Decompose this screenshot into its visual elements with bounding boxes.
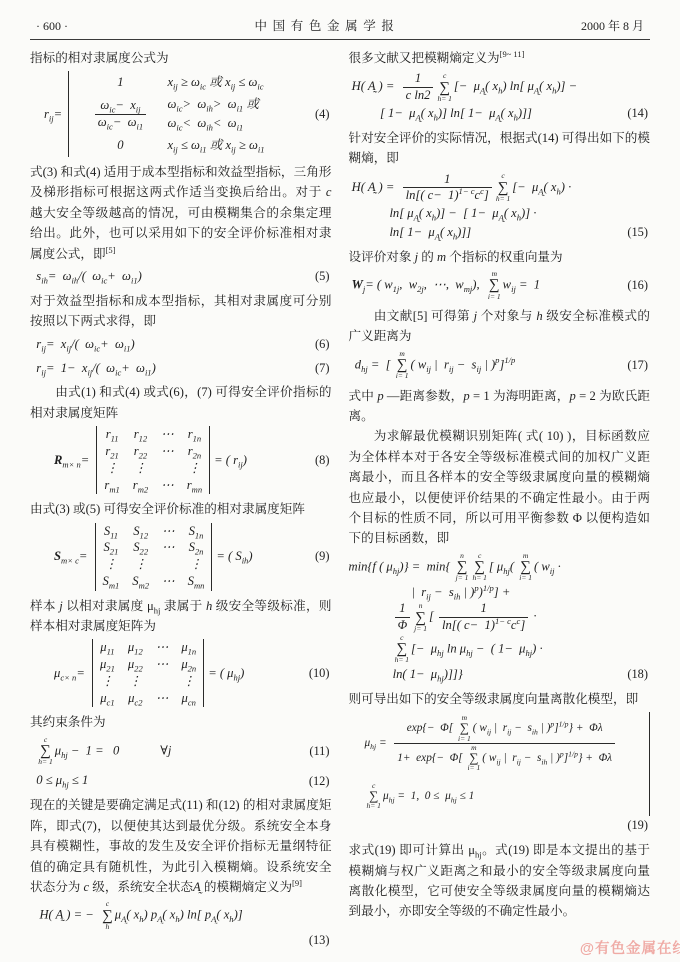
paragraph: 则可导出如下的安全等级隶属度向量离散化模型，即 [349,689,651,709]
summation: n∑j= 1 [456,552,469,583]
matrix-cell: μc2 [128,691,142,707]
formula-number: (9) [315,547,331,566]
formula-line: ln[ μA̰( xh)] − [ 1− μA̰( xh)] · [349,204,651,223]
formula-number: (8) [315,451,331,470]
paragraph: 由文献[5] 可得第 j 个对象与 h 级安全标准模式的广义距离为 [349,306,651,347]
formula-line: μhj = exp{− Φ[ m∑i= 1( wij | rij − sih |… [365,714,644,773]
matrix-equation: Sm× c= S11S12⋯S1nS21S22⋯S2n⋮⋮⋮Sm1Sm2⋯Smn… [30,523,332,591]
formula-text: rij= xij/( ωic+ ωi1) [30,335,135,354]
formula-block: sih= ωih/( ωic+ ωi1)(5) [30,267,332,286]
matrix-cell: ⋯ [162,574,175,590]
matrix-cell: r21 [105,444,118,460]
matrix-cell: ⋮ [101,674,114,690]
formula-text: c∑h= 1μhj = 1, 0 ≤ μhj ≤ 1 [365,782,475,811]
formula-text: dhj = [ m∑i= 1( wij | rij − sij | )p]1/p [349,350,516,381]
formula-line: (13) [30,931,332,950]
piecewise-row: ωic− xijωic− ωi1ωic> ωih> ωi1 或ωic< ωih<… [77,95,264,133]
matrix-lhs: μc× n= [54,664,88,683]
fraction: exp{− Φ[ m∑i= 1( wij | rij − sih | )p]1/… [394,714,615,773]
matrix: S11S12⋯S1nS21S22⋯S2n⋮⋮⋮Sm1Sm2⋯Smn [95,523,213,591]
piecewise-lhs: rij= [44,105,68,124]
paragraph: 由式(3) 或(5) 可得安全评价标准的相对隶属度矩阵 [30,499,332,519]
paragraph: 很多文献又把模糊熵定义为[9~ 11] [349,48,651,68]
matrix-rhs: = ( Sih) [216,547,252,566]
formula-number: (14) [627,104,650,123]
journal-title: 中国有色金属学报 [254,16,399,34]
formula-block: c∑h= 1μhj − 1 = 0 ∀j(11) [30,736,332,767]
formula-text: c∑h= 1[− μhj ln μhj − ( 1− μhj) · [349,634,543,665]
formula-text: sih= ωih/( ωic+ ωi1) [30,267,142,286]
sigma-icon: ∑ [474,560,485,574]
matrix-cell: S2n [189,540,204,556]
piecewise-row: 1xij ≥ ωic 或 xij ≤ ωic [77,73,264,92]
formula-text: c∑h= 1μhj − 1 = 0 ∀j [30,736,171,767]
matrix-equation: μc× n= μ11μ12⋯μ1nμ21μ22⋯μ2n⋮⋮⋮μc1μc2⋯μcn… [30,639,332,707]
two-column-body: 指标的相对隶属度公式为rij= 1xij ≥ ωic 或 xij ≤ ωicωi… [0,40,680,955]
scanned-paper-page: · 600 · 中国有色金属学报 2000 年 8 月 指标的相对隶属度公式为r… [0,0,680,962]
fraction: ωic− xijωic− ωi1 [95,98,146,130]
paragraph: 设评价对象 j 的 m 个指标的权重向量为 [349,247,651,267]
matrix-cell: μ11 [100,640,114,656]
matrix-cell: rm1 [104,478,119,494]
formula-text: ln[ μA̰( xh)] − [ 1− μA̰( xh)] · [349,204,537,223]
piecewise-body: 1xij ≥ ωic 或 xij ≤ ωicωic− xijωic− ωi1ωi… [68,71,264,157]
matrix-cell: rmn [187,478,202,494]
matrix-cell: S11 [104,524,118,540]
summation: c∑h= 1 [437,72,451,103]
issue-date: 2000 年 8 月 [581,17,644,34]
summation: m∑i= 1 [458,714,471,743]
formula-text: H( A̰ ) = 1ln[( c− 1)1− ccc]c∑h= 1[− μA̰… [349,172,572,204]
formula-text: H( A̰ ) = − c∑hμA̰( xh) pA̰( xh) ln[ pA̰… [30,900,243,931]
summation: m∑i= 1 [488,270,501,301]
matrix-cell: S12 [133,524,148,540]
formula-line: min{f ( μhj)} = min{ n∑j= 1c∑h= 1[ μhj( … [349,552,651,583]
paragraph: 针对安全评价的实际情况，根据式(14) 可得出如下的模糊熵，即 [349,128,651,169]
formula-line: rij= xij/( ωic+ ωi1)(6) [30,335,332,354]
matrix-cell: μ22 [128,657,143,673]
system-equation: μhj = exp{− Φ[ m∑i= 1( wij | rij − sih |… [349,712,651,835]
sigma-icon: ∑ [498,181,509,195]
matrix-cell: ⋯ [162,524,175,540]
formula-text: rij= 1− xij/( ωic+ ωi1) [30,359,156,378]
matrix-cell: ⋯ [162,540,175,556]
fraction: 1Φ [395,601,411,633]
matrix-cell: ⋮ [134,461,147,477]
matrix-cell: Sm1 [103,574,120,590]
formula-text: ln( 1− μhj)]]} [349,665,463,684]
piecewise-value: 1 [77,73,163,92]
left-column: 指标的相对隶属度公式为rij= 1xij ≥ ωic 或 xij ≤ ωicωi… [30,48,332,955]
formula-number: (5) [315,267,331,286]
matrix: r11r12⋯r1nr21r22⋯r2n⋮⋮⋮rm1rm2⋯rmn [96,426,210,494]
fraction: 1ln[( c− 1)1− ccc] [439,601,528,633]
page-number: · 600 · [36,19,68,34]
formula-number: (17) [627,356,650,375]
formula-number: (13) [309,931,332,950]
sigma-icon: ∑ [460,722,469,734]
formula-block: rij= 1− xij/( ωic+ ωi1)(7) [30,359,332,378]
matrix-cell: Sm2 [132,574,149,590]
piecewise-value: ωic− xijωic− ωi1 [77,98,163,130]
matrix-cell: ⋯ [161,478,174,494]
sigma-icon: ∑ [396,642,407,656]
summation: m∑i= 1 [519,552,532,583]
page-header: · 600 · 中国有色金属学报 2000 年 8 月 [0,0,680,39]
piecewise-row: 0xij ≤ ωi1 或 xij ≥ ωi1 [77,136,264,155]
formula-line: c∑h= 1[− μhj ln μhj − ( 1− μhj) · [349,634,651,665]
paragraph: 样本 j 以相对隶属度 μhj 隶属于 h 级安全等级标准，则样本相对隶属度矩阵… [30,596,332,637]
sigma-icon: ∑ [415,611,426,625]
matrix-cell: ⋮ [190,557,203,573]
piecewise-condition: xij ≤ ωi1 或 xij ≥ ωi1 [163,136,264,155]
matrix: μ11μ12⋯μ1nμ21μ22⋯μ2n⋮⋮⋮μc1μc2⋯μcn [92,639,204,707]
formula-line: dhj = [ m∑i= 1( wij | rij − sij | )p]1/p… [349,350,651,381]
formula-block: min{f ( μhj)} = min{ n∑j= 1c∑h= 1[ μhj( … [349,552,651,684]
summation: c∑h= 1 [472,552,486,583]
formula-text: | rij − sih | )p)1/p] + [349,583,511,602]
paragraph: 对于效益型指标和成本型指标，其相对隶属度可分别按照以下两式求得，即 [30,291,332,332]
formula-block: 0 ≤ μhj ≤ 1(12) [30,771,332,790]
summation: c∑h= 1 [395,634,409,665]
summation: c∑h= 1 [367,782,381,811]
paragraph: 式(3) 和式(4) 适用于成本型指标和效益型指标，三角形及梯形指标可根据这两式… [30,162,332,264]
matrix-cell: ⋮ [129,674,142,690]
formula-number: (15) [627,223,650,242]
piecewise-condition: xij ≥ ωic 或 xij ≤ ωic [163,73,263,92]
sigma-icon: ∑ [40,744,51,758]
paragraph: 其约束条件为 [30,712,332,732]
sigma-icon: ∑ [457,560,468,574]
formula-block: rij= xij/( ωic+ ωi1)(6) [30,335,332,354]
formula-line: 1Φn∑j= 1[ 1ln[( c− 1)1− ccc] · [349,601,651,633]
formula-text: 1Φn∑j= 1[ 1ln[( c− 1)1− ccc] · [349,601,537,633]
matrix-cell: r22 [134,444,147,460]
matrix-cell: ⋮ [106,461,119,477]
matrix-rhs: = ( μhj) [208,664,244,683]
matrix-cell: r2n [188,444,201,460]
sigma-icon: ∑ [489,278,500,292]
paragraph: 为求解最优模糊识别矩阵( 式( 10) )，目标函数应为全体样本对于各安全等级标… [349,426,651,548]
matrix-cell: ⋮ [134,557,147,573]
formula-line: | rij − sih | )p)1/p] + [349,583,651,602]
formula-number: (19) [627,816,650,835]
matrix-cell: μ21 [100,657,115,673]
formula-line: c∑h= 1μhj = 1, 0 ≤ μhj ≤ 1 [365,782,644,811]
formula-block: dhj = [ m∑i= 1( wij | rij − sij | )p]1/p… [349,350,651,381]
formula-line: (19) [349,816,651,835]
paragraph: 现在的关键是要确定满足式(11) 和(12) 的相对隶属度矩阵，即式(7)，以便… [30,795,332,897]
matrix-cell: ⋮ [188,461,201,477]
formula-number: (4) [315,105,331,124]
matrix-cell: r11 [106,427,119,443]
matrix-cell: r1n [188,427,201,443]
fraction: 1c ln2 [403,71,434,103]
piecewise-condition: ωic> ωih> ωi1 或ωic< ωih< ωi1 [163,95,259,133]
matrix-cell: ⋮ [182,674,195,690]
formula-line: c∑h= 1μhj − 1 = 0 ∀j(11) [30,736,332,767]
formula-number: (7) [315,359,331,378]
formula-line: Wj= ( w1j, w2j, ⋯, wmj), m∑i= 1wij = 1(1… [349,270,651,301]
formula-line: 0 ≤ μhj ≤ 1(12) [30,771,332,790]
formula-text: Wj= ( w1j, w2j, ⋯, wmj), m∑i= 1wij = 1 [349,270,541,301]
formula-block: H( A̰ ) = − c∑hμA̰( xh) pA̰( xh) ln[ pA̰… [30,900,332,949]
paragraph: 式中 p —距离参数，p = 1 为海明距离，p = 2 为欧氏距离。 [349,386,651,427]
formula-number: (18) [627,665,650,684]
matrix-cell: ⋯ [156,657,169,673]
matrix-cell: μ12 [128,640,143,656]
summation: c∑h [102,900,113,931]
formula-block: H( A̰ ) = 1c ln2c∑h= 1[− μA̰( xh) ln[ μA… [349,71,651,122]
matrix-cell: ⋯ [156,691,169,707]
matrix-rhs: = ( rij) [214,451,247,470]
matrix-cell: S21 [104,540,119,556]
paragraph: 求式(19) 即可计算出 μhj。式(19) 即是本文提出的基于模糊熵与权广义距… [349,840,651,922]
sigma-icon: ∑ [439,81,450,95]
watermark: @有色金属在线 [580,937,680,958]
summation: m∑i= 1 [467,744,480,773]
summation: n∑j= 1 [414,602,427,633]
matrix-equation: Rm× n= r11r12⋯r1nr21r22⋯r2n⋮⋮⋮rm1rm2⋯rmn… [30,426,332,494]
formula-text: H( A̰ ) = 1c ln2c∑h= 1[− μA̰( xh) ln[ μA… [349,71,578,103]
formula-text: μhj = exp{− Φ[ m∑i= 1( wij | rij − sih |… [365,714,618,773]
formula-number: (12) [309,772,332,791]
formula-line: H( A̰ ) = − c∑hμA̰( xh) pA̰( xh) ln[ pA̰… [30,900,332,931]
matrix-lhs: Rm× n= [54,451,92,470]
matrix-cell: ⋯ [161,427,174,443]
matrix-cell: S1n [189,524,204,540]
formula-text: 0 ≤ μhj ≤ 1 [30,771,88,790]
matrix-lhs: Sm× c= [54,547,91,566]
formula-number: (16) [627,276,650,295]
formula-block: Wj= ( w1j, w2j, ⋯, wmj), m∑i= 1wij = 1(1… [349,270,651,301]
sigma-icon: ∑ [397,358,408,372]
summation: c∑h= 1 [38,736,52,767]
formula-line: ln( 1− μhj)]]}(18) [349,665,651,684]
formula-block: H( A̰ ) = 1ln[( c− 1)1− ccc]c∑h= 1[− μA̰… [349,172,651,242]
matrix-cell: μc1 [100,691,114,707]
piecewise-equation: rij= 1xij ≥ ωic 或 xij ≤ ωicωic− xijωic− … [30,71,332,157]
sigma-icon: ∑ [102,909,113,923]
formula-text: min{f ( μhj)} = min{ n∑j= 1c∑h= 1[ μhj( … [349,552,561,583]
formula-line: rij= 1− xij/( ωic+ ωi1)(7) [30,359,332,378]
matrix-cell: μcn [182,691,196,707]
matrix-cell: μ1n [181,640,196,656]
fraction: 1ln[( c− 1)1− ccc] [403,172,492,204]
paragraph: 由式(1) 和式(4) 或式(6)，(7) 可得安全评价指标的相对隶属度矩阵 [30,382,332,423]
matrix-cell: r12 [134,427,147,443]
equation-system: μhj = exp{− Φ[ m∑i= 1( wij | rij − sih |… [361,712,651,817]
matrix-cell: S22 [133,540,148,556]
matrix-cell: μ2n [181,657,196,673]
formula-line: [ 1− μA̰( xh)] ln[ 1− μA̰( xh)]](14) [349,104,651,123]
matrix-cell: rm2 [133,478,148,494]
paragraph: 指标的相对隶属度公式为 [30,48,332,68]
formula-line: H( A̰ ) = 1ln[( c− 1)1− ccc]c∑h= 1[− μA̰… [349,172,651,204]
formula-text: [ 1− μA̰( xh)] ln[ 1− μA̰( xh)]] [349,104,532,123]
matrix-cell: ⋯ [156,640,169,656]
sigma-icon: ∑ [520,560,531,574]
matrix-cell: Smn [188,574,205,590]
formula-number: (10) [309,664,332,683]
summation: m∑i= 1 [396,350,409,381]
formula-line: ln[ 1− μA̰( xh)]](15) [349,223,651,242]
formula-line: sih= ωih/( ωic+ ωi1)(5) [30,267,332,286]
right-column: 很多文献又把模糊熵定义为[9~ 11] H( A̰ ) = 1c ln2c∑h=… [349,48,651,955]
summation: c∑h= 1 [496,172,510,203]
piecewise-value: 0 [77,136,163,155]
formula-number: (11) [309,742,331,761]
formula-number: (6) [315,335,331,354]
formula-line: H( A̰ ) = 1c ln2c∑h= 1[− μA̰( xh) ln[ μA… [349,71,651,103]
matrix-cell: ⋮ [105,557,118,573]
matrix-cell: ⋯ [161,444,174,460]
formula-text: ln[ 1− μA̰( xh)]] [349,223,472,242]
